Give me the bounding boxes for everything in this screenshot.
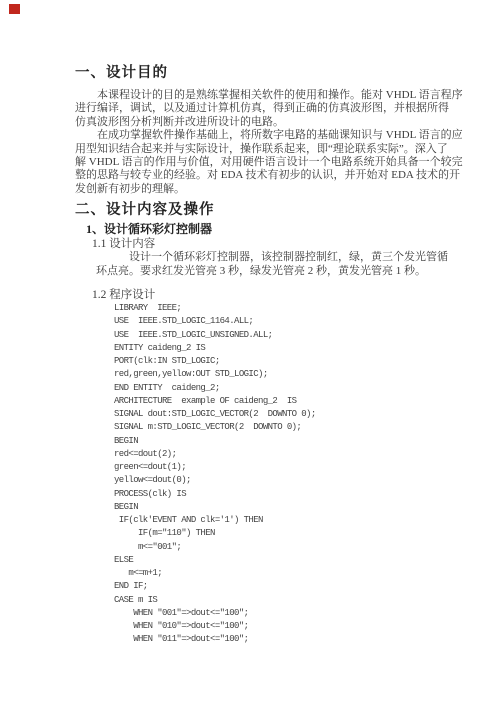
code-line: yellow<=dout(0); [114,474,500,487]
code-line: WHEN "010"=>dout<="100"; [114,620,500,633]
code-line: m<=m+1; [114,567,500,580]
code-line: ENTITY caideng_2 IS [114,342,500,355]
section-1-paragraph-1: 本课程设计的目的是熟练掌握相关软件的使用和操作。能对 VHDL 语言程序进行编译… [75,89,435,129]
text-line: 在成功掌握软件操作基础上，将所数字电路的基础课知识与 VHDL 语言的应 [75,129,435,142]
subsection-1-1-body: 设计一个循环彩灯控制器，该控制器控制红，绿，黄三个发光管循环点亮。要求红发光管亮… [96,251,436,278]
code-line: PROCESS(clk) IS [114,488,500,501]
text-line: 解 VHDL 语言的作用与价值，对用硬件语言设计一个电路系统开始具备一个较完 [75,156,435,169]
subsection-1-1-heading: 1.1 设计内容 [92,237,500,251]
code-line: red,green,yellow:OUT STD_LOGIC); [114,368,500,381]
code-line: green<=dout(1); [114,461,500,474]
code-line: PORT(clk:IN STD_LOGIC; [114,355,500,368]
text-line: 仿真波形图分析判断并改进所设计的电路。 [75,116,435,129]
code-line: ARCHITECTURE example OF caideng_2 IS [114,395,500,408]
code-line: BEGIN [114,435,500,448]
subsection-1-heading: 1、设计循环彩灯控制器 [86,222,500,236]
code-line: SIGNAL dout:STD_LOGIC_VECTOR(2 DOWNTO 0)… [114,408,500,421]
code-line: WHEN "001"=>dout<="100"; [114,607,500,620]
code-line: m<="001"; [114,541,500,554]
text-line: 设计一个循环彩灯控制器，该控制器控制红，绿，黄三个发光管循 [96,251,436,264]
text-line: 用型知识结合起来并与实际设计，操作联系起来，即“理论联系实际”。深入了 [75,143,435,156]
code-line: ELSE [114,554,500,567]
document-page: 一、设计目的 本课程设计的目的是熟练掌握相关软件的使用和操作。能对 VHDL 语… [0,0,500,707]
text-line: 发创新有初步的理解。 [75,183,435,196]
code-line: END ENTITY caideng_2; [114,382,500,395]
code-line: SIGNAL m:STD_LOGIC_VECTOR(2 DOWNTO 0); [114,421,500,434]
red-corner-marker-icon [9,4,20,14]
text-line: 本课程设计的目的是熟练掌握相关软件的使用和操作。能对 VHDL 语言程序 [75,89,435,102]
text-line: 整的思路与较专业的经验。对 EDA 技术有初步的认识，并开始对 EDA 技术的开 [75,169,435,182]
code-line: BEGIN [114,501,500,514]
code-line: red<=dout(2); [114,448,500,461]
code-line: LIBRARY IEEE; [114,302,500,315]
section-2-heading: 二、设计内容及操作 [75,201,500,219]
code-line: USE IEEE.STD_LOGIC_UNSIGNED.ALL; [114,329,500,342]
code-line: USE IEEE.STD_LOGIC_1164.ALL; [114,315,500,328]
text-line: 环点亮。要求红发光管亮 3 秒，绿发光管亮 2 秒，黄发光管亮 1 秒。 [96,265,436,278]
code-line: IF(clk'EVENT AND clk='1') THEN [114,514,500,527]
code-line: END IF; [114,580,500,593]
section-1-heading: 一、设计目的 [75,64,500,82]
vhdl-code-listing: LIBRARY IEEE;USE IEEE.STD_LOGIC_1164.ALL… [114,302,500,647]
subsection-1-2-heading: 1.2 程序设计 [92,288,500,302]
code-line: WHEN "011"=>dout<="100"; [114,633,500,646]
code-line: CASE m IS [114,594,500,607]
code-line: IF(m="110") THEN [114,527,500,540]
text-line: 进行编译，调试，以及通过计算机仿真，得到正确的仿真波形图，并根据所得 [75,102,435,115]
section-1-paragraph-2: 在成功掌握软件操作基础上，将所数字电路的基础课知识与 VHDL 语言的应用型知识… [75,129,435,196]
